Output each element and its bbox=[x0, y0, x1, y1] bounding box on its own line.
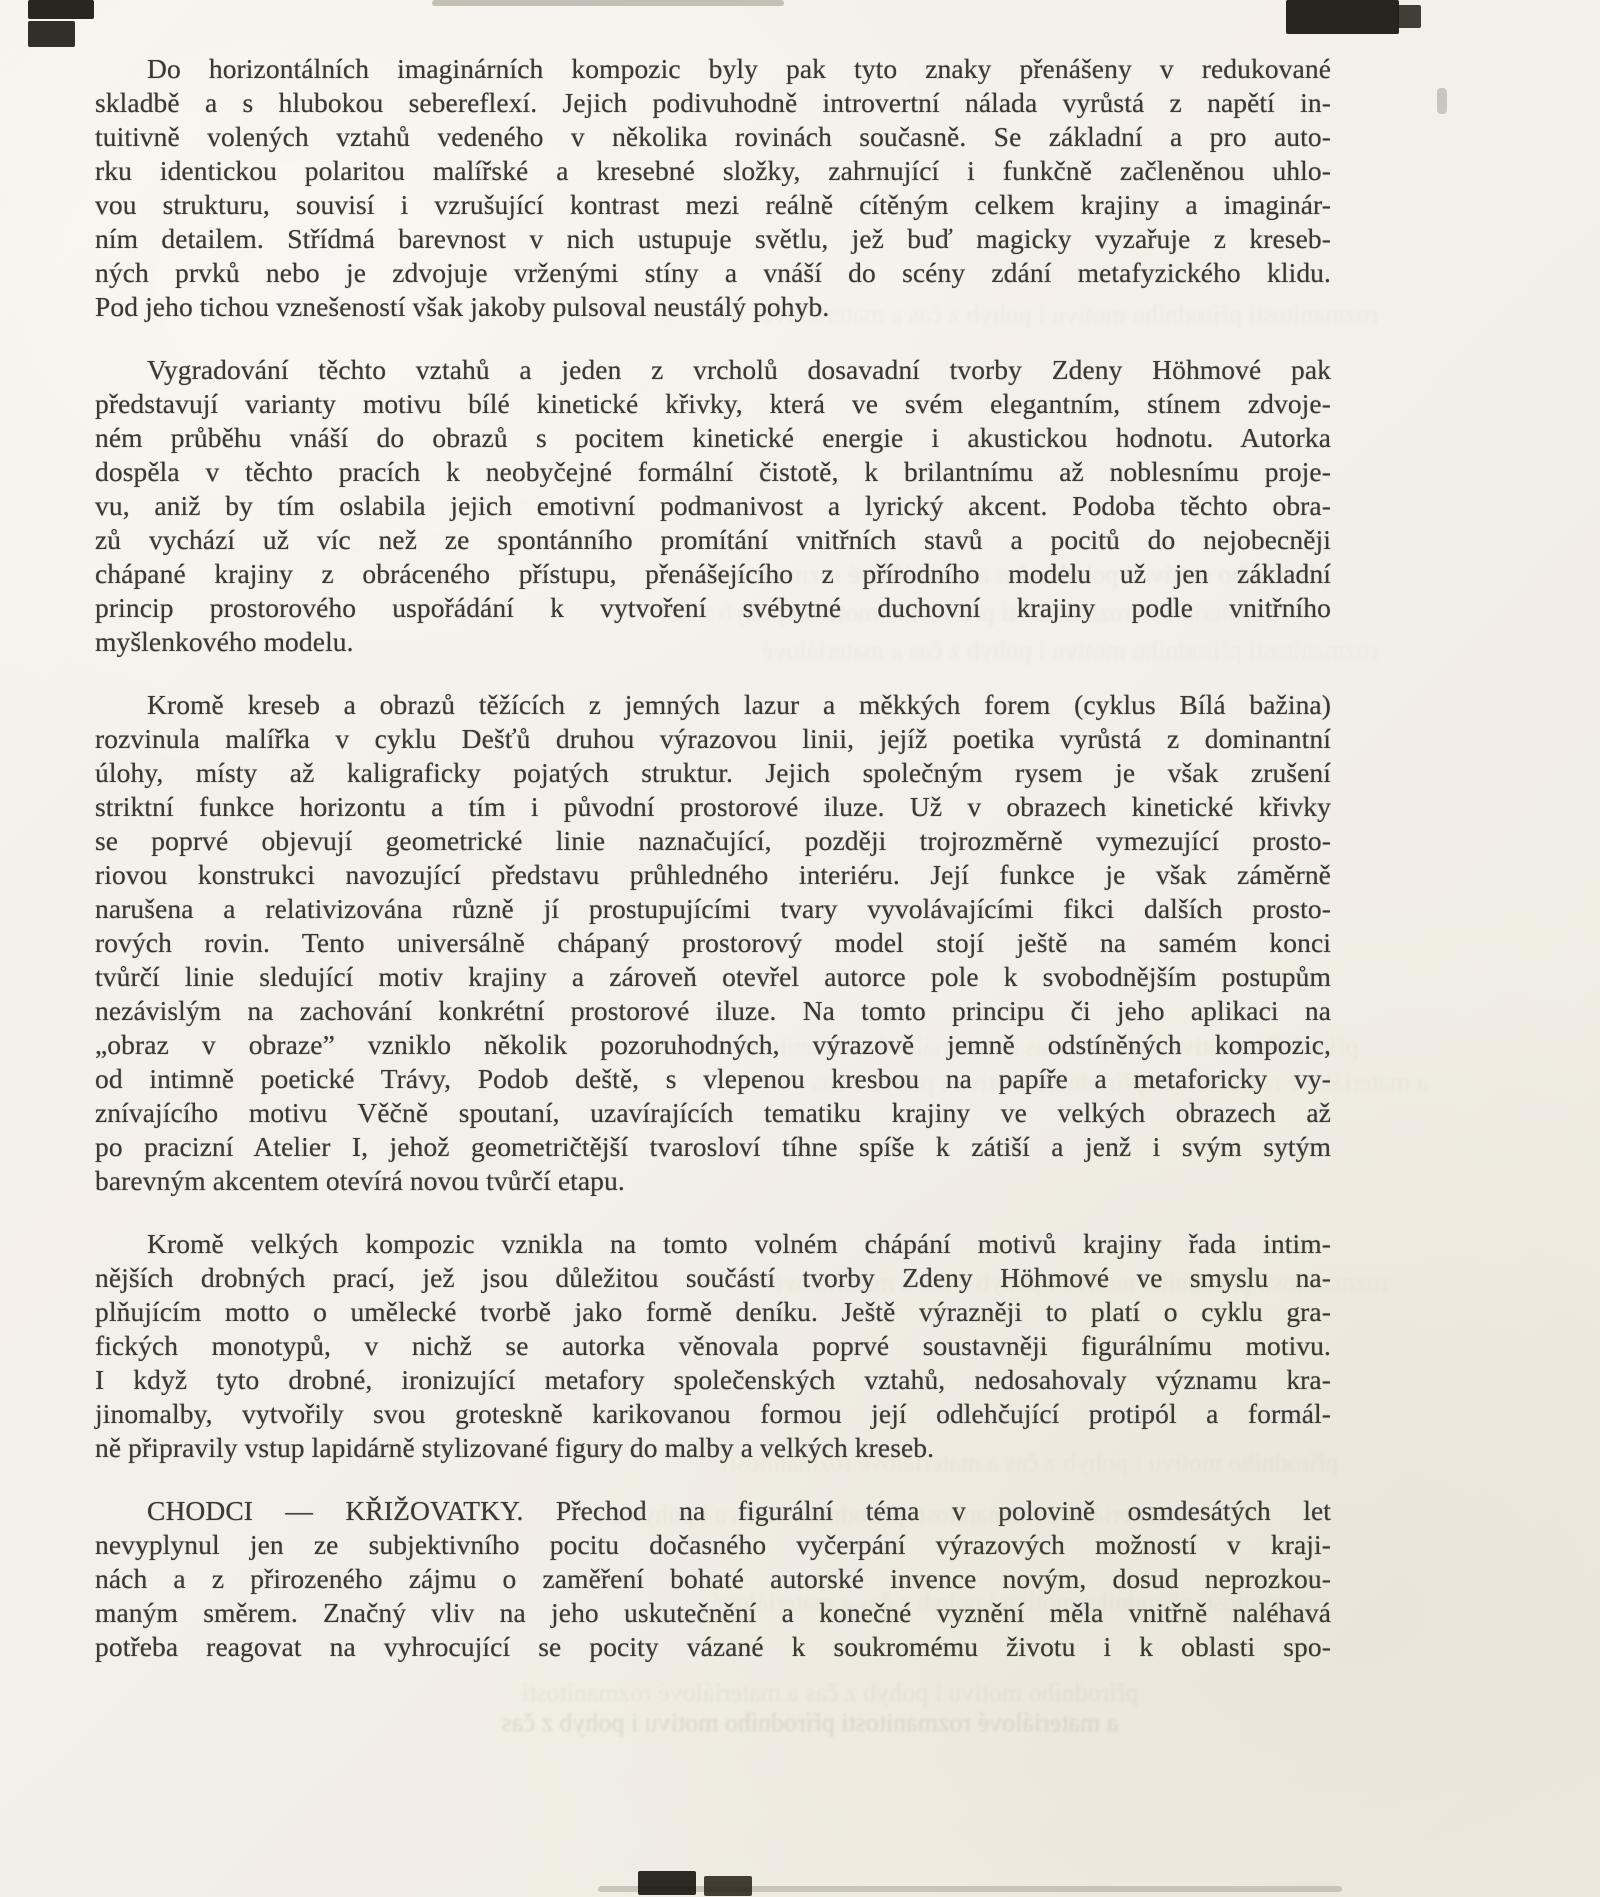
edge-tick-right bbox=[1437, 88, 1447, 114]
body-text-block: Do horizontálních imaginárních kompozic … bbox=[95, 52, 1331, 1664]
text-line: tvůrčí linie sledující motiv krajiny a z… bbox=[95, 960, 1331, 994]
text-line: Kromě velkých kompozic vznikla na tomto … bbox=[95, 1227, 1331, 1261]
corner-mark-top-right-b bbox=[1397, 5, 1421, 28]
edge-line-top bbox=[432, 0, 784, 6]
paragraph: Vygradování těchto vztahů a jeden z vrch… bbox=[95, 324, 1331, 659]
text-line: narušena a relativizována různě jí prost… bbox=[95, 892, 1331, 926]
text-line: striktní funkce horizontu a tím i původn… bbox=[95, 790, 1331, 824]
text-line: ných prvků nebo je zdvojuje vrženými stí… bbox=[95, 256, 1331, 290]
text-line: po pracizní Atelier I, jehož geometričtě… bbox=[95, 1130, 1331, 1164]
text-line: rku identickou polaritou malířské a kres… bbox=[95, 154, 1331, 188]
text-line: nezávislým na zachování konkrétní prosto… bbox=[95, 994, 1331, 1028]
text-line: nějších drobných prací, jež jsou důležit… bbox=[95, 1261, 1331, 1295]
text-line: myšlenkového modelu. bbox=[95, 625, 1331, 659]
corner-mark-top-right-a bbox=[1286, 0, 1399, 34]
text-line: rových rovin. Tento universálně chápaný … bbox=[95, 926, 1331, 960]
text-line: princip prostorového uspořádání k vytvoř… bbox=[95, 591, 1331, 625]
text-line: CHODCI — KŘIŽOVATKY. Přechod na figuráln… bbox=[95, 1494, 1331, 1528]
bleedthrough-line: a materiálové rozmanitosti přírodního mo… bbox=[120, 1708, 1500, 1738]
text-line: Vygradování těchto vztahů a jeden z vrch… bbox=[95, 353, 1331, 387]
paragraph: Kromě velkých kompozic vznikla na tomto … bbox=[95, 1198, 1331, 1465]
text-line: jinomalby, vytvořily svou groteskně kari… bbox=[95, 1397, 1331, 1431]
edge-line-bottom bbox=[598, 1886, 1342, 1892]
text-line: vou strukturu, souvisí i vzrušující kont… bbox=[95, 188, 1331, 222]
text-line: nách a z přirozeného zájmu o zaměření bo… bbox=[95, 1562, 1331, 1596]
scanned-book-page: { "page": { "language": "cs", "paragraph… bbox=[0, 0, 1600, 1897]
text-line: ně připravily vstup lapidárně stylizovan… bbox=[95, 1431, 1331, 1465]
text-line: dospěla v těchto pracích k neobyčejné fo… bbox=[95, 455, 1331, 489]
paragraph: Kromě kreseb a obrazů těžících z jemných… bbox=[95, 659, 1331, 1198]
text-line: rozvinula malířka v cyklu Dešťů druhou v… bbox=[95, 722, 1331, 756]
text-line: znívajícího motivu Věčně spoutaní, uzaví… bbox=[95, 1096, 1331, 1130]
corner-mark-bottom-a bbox=[638, 1871, 696, 1895]
text-line: maným směrem. Značný vliv na jeho uskute… bbox=[95, 1596, 1331, 1630]
text-line: chápané krajiny z obráceného přístupu, p… bbox=[95, 557, 1331, 591]
text-line: vu, aniž by tím oslabila jejich emotivní… bbox=[95, 489, 1331, 523]
text-line: Kromě kreseb a obrazů těžících z jemných… bbox=[95, 688, 1331, 722]
text-line: riovou konstrukci navozující představu p… bbox=[95, 858, 1331, 892]
corner-mark-top-left-b bbox=[28, 21, 75, 47]
text-line: skladbě a s hlubokou sebereflexí. Jejich… bbox=[95, 86, 1331, 120]
text-line: plňujícím motto o umělecké tvorbě jako f… bbox=[95, 1295, 1331, 1329]
text-line: ním detailem. Střídmá barevnost v nich u… bbox=[95, 222, 1331, 256]
text-line: barevným akcentem otevírá novou tvůrčí e… bbox=[95, 1164, 1331, 1198]
text-line: představují varianty motivu bílé kinetic… bbox=[95, 387, 1331, 421]
corner-mark-bottom-b bbox=[704, 1876, 752, 1896]
text-line: se poprvé objevují geometrické linie naz… bbox=[95, 824, 1331, 858]
text-line: Pod jeho tichou vznešeností však jakoby … bbox=[95, 290, 1331, 324]
corner-mark-top-left-a bbox=[28, 0, 94, 19]
paragraph: Do horizontálních imaginárních kompozic … bbox=[95, 52, 1331, 324]
bleedthrough-line: přírodního motivu i pohyb z čas a materi… bbox=[160, 1678, 1500, 1708]
text-line: potřeba reagovat na vyhrocující se pocit… bbox=[95, 1630, 1331, 1664]
text-line: tuitivně volených vztahů vedeného v něko… bbox=[95, 120, 1331, 154]
text-line: fických monotypů, v nichž se autorka věn… bbox=[95, 1329, 1331, 1363]
text-line: „obraz v obraze” vzniklo několik pozoruh… bbox=[95, 1028, 1331, 1062]
text-line: zů vychází už víc než ze spontánního pro… bbox=[95, 523, 1331, 557]
paragraph: CHODCI — KŘIŽOVATKY. Přechod na figuráln… bbox=[95, 1465, 1331, 1664]
text-line: nevyplynul jen ze subjektivního pocitu d… bbox=[95, 1528, 1331, 1562]
text-line: od intimně poetické Trávy, Podob deště, … bbox=[95, 1062, 1331, 1096]
text-line: Do horizontálních imaginárních kompozic … bbox=[95, 52, 1331, 86]
text-line: úlohy, místy až kaligraficky pojatých st… bbox=[95, 756, 1331, 790]
text-line: ném průběhu vnáší do obrazů s pocitem ki… bbox=[95, 421, 1331, 455]
text-line: I když tyto drobné, ironizující metafory… bbox=[95, 1363, 1331, 1397]
